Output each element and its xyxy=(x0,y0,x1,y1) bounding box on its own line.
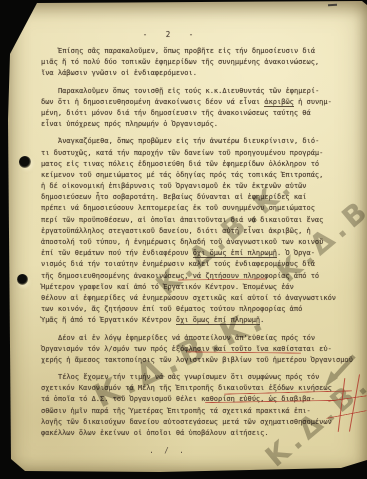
text-segment: ἐπί τῶν θεμάτων πού τήν ἐνδιαφέρουν xyxy=(41,249,193,257)
paragraph-3: Ἀναγκαζόμεθα, ὅπως προβῶμεν εἰς τήν ἀνωτ… xyxy=(41,136,335,326)
text-line: εἶναι ὑπόχρεως πρός πληρωμήν ὁ Ὀργανισμό… xyxy=(41,119,335,130)
document-page: - 2 - Ἐπίσης σᾶς παρακαλοῦμεν, ὅπως προβ… xyxy=(0,0,367,479)
text-line: ἵνα λάβωσιν γνῶσιν οἱ ἐνδιαφερόμενοι. xyxy=(41,68,335,79)
underlined-phrase: ἀκριβῶς xyxy=(264,98,294,107)
text-line: περί τῶν προϋποθέσεων, αἱ ὁποῖαι ἀπαιτοῦ… xyxy=(41,215,335,226)
text-line: τι δυστυχῶς, κατά τήν παροχήν τῶν δανείω… xyxy=(41,148,335,159)
text-line: Παρακαλοῦμεν ὅπως τονισθῇ εἰς τούς κ.κ.Δ… xyxy=(41,86,335,97)
punch-hole xyxy=(15,272,29,286)
text-line: Ὑμᾶς ἤ ἀπό τό Ἐργατικόν Κέντρον ὄχι ὅμως… xyxy=(41,315,335,326)
text-line: των κοινόν, ἄς ζητήσουν ἐπί τοῦ θέματος … xyxy=(41,304,335,315)
ink-smudge xyxy=(328,4,337,6)
text-line: πρέπει νά δημοσιεύσουν λεπτομερείας ἐκ τ… xyxy=(41,203,335,214)
text-segment: ἡ συνημ- xyxy=(294,98,332,106)
text-line: δων ὅτι ἡ δημοσιευθησομένη ἀνακοίνωσις δ… xyxy=(41,97,335,108)
text-line: ματος εἰς τινας πόλεις ἐδημοσιεύθη διά τ… xyxy=(41,159,335,170)
text-line: μιᾶς ἤ τό πολύ δύο τοπικῶν ἐφημερίδων τῆ… xyxy=(41,57,335,68)
paragraph-1: Ἐπίσης σᾶς παρακαλοῦμεν, ὅπως προβῆτε εἰ… xyxy=(41,46,335,80)
text-line: κείμενον τοῦ σημειώματος μέ τάς ὁδηγίας … xyxy=(41,170,335,181)
text-line: Ἀναγκαζόμεθα, ὅπως προβῶμεν εἰς τήν ἀνωτ… xyxy=(41,136,335,147)
text-line: Ἐπίσης σᾶς παρακαλοῦμεν, ὅπως προβῆτε εἰ… xyxy=(41,46,335,57)
punch-hole xyxy=(19,156,31,168)
text-line: σθῶσιν ἡμῖν παρά τῆς Ὑμετέρας Ἐπιτροπῆς … xyxy=(41,406,335,417)
watermark-arrow-icon xyxy=(322,350,358,390)
text-segment: Ὑμᾶς ἤ ἀπό τό Ἐργατικόν Κέντρον xyxy=(41,316,176,324)
text-line: ἐργατοϋπάλληλος στεγαστικοῦ δανείου, διό… xyxy=(41,226,335,237)
scanned-document-background: - 2 - Ἐπίσης σᾶς παρακαλοῦμεν, ὅπως προβ… xyxy=(0,0,367,479)
paragraph-2: Παρακαλοῦμεν ὅπως τονισθῇ εἰς τούς κ.κ.Δ… xyxy=(41,86,335,131)
text-segment: δων ὅτι ἡ δημοσιευθησομένη ἀνακοίνωσις δ… xyxy=(41,98,264,106)
continuation-mark: . / . xyxy=(122,446,214,455)
page-number: - 2 - xyxy=(120,30,216,39)
text-line: θέλουν αἱ ἐφημερίδες νά ἐνημερώσουν σχετ… xyxy=(41,293,335,304)
text-line: μένη, διότι μόνον διά τήν δημοσίευσιν τῆ… xyxy=(41,108,335,119)
